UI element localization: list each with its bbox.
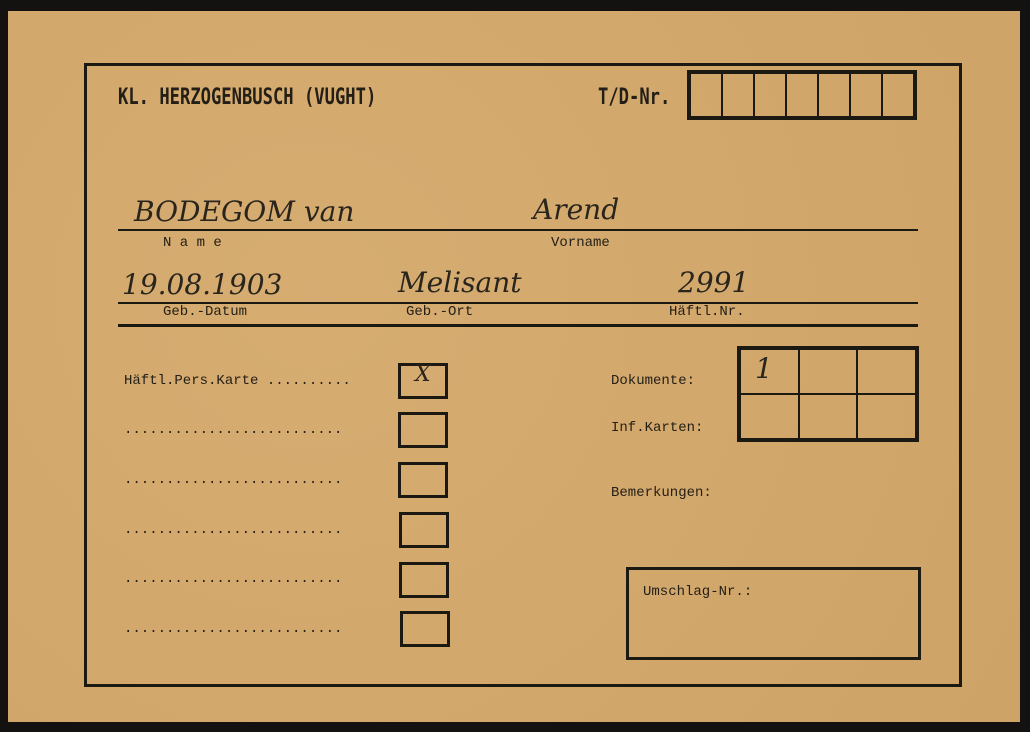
checklist-label: .......................... xyxy=(124,422,342,438)
vorname-label: Vorname xyxy=(551,235,610,251)
count-cell xyxy=(740,394,799,439)
checklist-label: .......................... xyxy=(124,571,342,587)
checklist-label: .......................... xyxy=(124,522,342,538)
name-line xyxy=(118,229,918,231)
index-card: KL. HERZOGENBUSCH (VUGHT) T/D-Nr. BODEGO… xyxy=(8,11,1020,722)
checklist-box xyxy=(399,562,449,598)
count-cell xyxy=(857,349,916,394)
td-nr-box xyxy=(786,73,818,117)
umschlag-box: Umschlag-Nr.: xyxy=(626,567,921,660)
checklist-label: .......................... xyxy=(124,621,342,637)
checklist-box xyxy=(400,611,450,647)
counts-grid: 1 xyxy=(737,346,919,442)
count-cell xyxy=(799,394,858,439)
td-nr-box xyxy=(722,73,754,117)
td-nr-box xyxy=(850,73,882,117)
td-nr-boxes xyxy=(687,70,917,120)
checklist-box xyxy=(398,462,448,498)
vorname-value: Arend xyxy=(533,193,619,226)
td-nr-box xyxy=(882,73,914,117)
count-cell: 1 xyxy=(740,349,799,394)
umschlag-label: Umschlag-Nr.: xyxy=(643,584,752,600)
checklist-label: Häftl.Pers.Karte .......... xyxy=(124,373,351,389)
count-cell xyxy=(857,394,916,439)
geb-ort-value: Melisant xyxy=(398,266,522,299)
geb-ort-label: Geb.-Ort xyxy=(406,304,473,320)
haeftl-nr-label: Häftl.Nr. xyxy=(669,304,745,320)
count-cell xyxy=(799,349,858,394)
td-nr-label: T/D-Nr. xyxy=(598,85,670,110)
section-divider xyxy=(118,324,918,327)
dokumente-label: Dokumente: xyxy=(611,373,695,389)
td-nr-box xyxy=(754,73,786,117)
geb-datum-value: 19.08.1903 xyxy=(122,268,282,301)
haeftl-nr-value: 2991 xyxy=(678,266,749,299)
camp-title: KL. HERZOGENBUSCH (VUGHT) xyxy=(118,85,376,110)
checklist-box xyxy=(399,512,449,548)
check-mark: X xyxy=(415,362,431,387)
checklist-label: .......................... xyxy=(124,472,342,488)
name-value: BODEGOM van xyxy=(134,195,354,228)
checklist-box xyxy=(398,412,448,448)
name-label: N a m e xyxy=(163,235,222,251)
geb-datum-label: Geb.-Datum xyxy=(163,304,247,320)
td-nr-box xyxy=(818,73,850,117)
bemerkungen-label: Bemerkungen: xyxy=(611,485,712,501)
td-nr-box xyxy=(690,73,722,117)
inf-karten-label: Inf.Karten: xyxy=(611,420,703,436)
checklist-box: X xyxy=(398,363,448,399)
